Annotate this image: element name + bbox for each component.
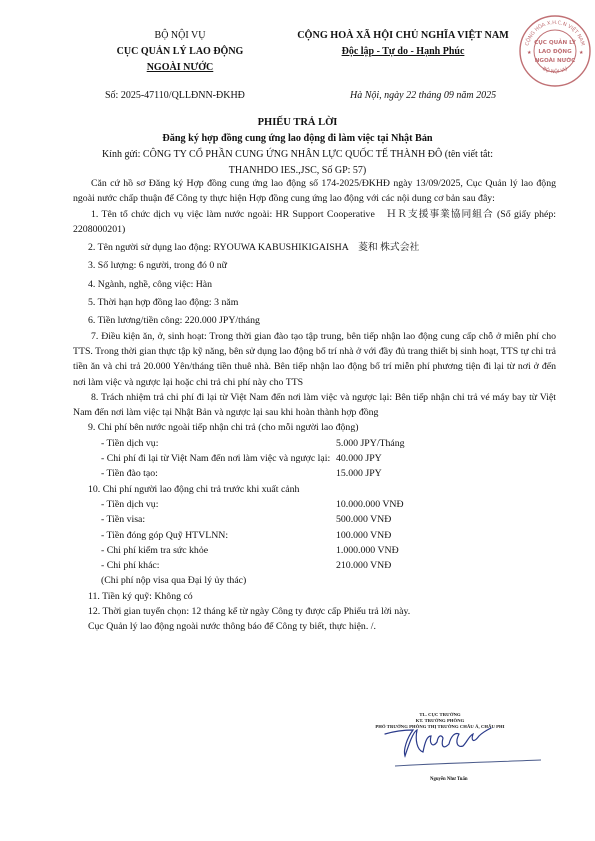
item-10-row: - Tiền dịch vụ: 10.000.000 VNĐ bbox=[73, 497, 556, 512]
signer-name: Nguyễn Như Tuấn bbox=[430, 777, 468, 782]
document-number: Số: 2025-47110/QLLĐNN-ĐKHĐ bbox=[105, 90, 245, 101]
fee-value: 1.000.000 VNĐ bbox=[336, 543, 556, 558]
fee-label: - Chi phí khác: bbox=[73, 558, 336, 573]
signature-underline bbox=[393, 758, 543, 768]
item-12: 12. Thời gian tuyển chọn: 12 tháng kể từ… bbox=[73, 604, 556, 619]
fee-label: - Tiền dịch vụ: bbox=[73, 497, 336, 512]
fee-value: 5.000 JPY/Tháng bbox=[336, 436, 556, 451]
item-3: 3. Số lượng: 6 người, trong đó 0 nữ bbox=[73, 258, 556, 273]
item-10-note: (Chi phí nộp visa qua Đại lý ủy thác) bbox=[73, 573, 556, 588]
handwritten-signature bbox=[383, 722, 513, 762]
place-and-date: Hà Nội, ngày 22 tháng 09 năm 2025 bbox=[350, 90, 496, 101]
document-body: Căn cứ hồ sơ Đăng ký Hợp đồng cung ứng l… bbox=[73, 176, 556, 635]
item-8: 8. Trách nhiệm trả chi phí đi lại từ Việ… bbox=[73, 390, 556, 421]
svg-text:★: ★ bbox=[527, 50, 532, 56]
fee-label: - Chi phí đi lại từ Việt Nam đến nơi làm… bbox=[73, 451, 336, 466]
fee-value: 15.000 JPY bbox=[336, 466, 556, 481]
item-10-heading: 10. Chi phí người lao động chi trả trước… bbox=[73, 482, 556, 497]
item-5: 5. Thời hạn hợp đồng lao động: 3 năm bbox=[73, 295, 556, 310]
item-4: 4. Ngành, nghề, công việc: Hàn bbox=[73, 277, 556, 292]
item-11: 11. Tiền ký quỹ: Không có bbox=[73, 589, 556, 604]
ministry-name: BỘ NỘI VỤ bbox=[85, 28, 275, 44]
item-9-row: - Tiền dịch vụ: 5.000 JPY/Tháng bbox=[73, 436, 556, 451]
fee-label: - Tiền đóng góp Quỹ HTVLNN: bbox=[73, 528, 336, 543]
item-10-row: - Chi phí khác: 210.000 VNĐ bbox=[73, 558, 556, 573]
seal-icon: CỘNG HÒA X.H.C.N VIỆT NAM BỘ NỘI VỤ ★ ★ … bbox=[518, 14, 592, 88]
item-2: 2. Tên người sử dụng lao động: RYOUWA KA… bbox=[73, 240, 556, 255]
document-title: PHIẾU TRẢ LỜI bbox=[40, 115, 555, 131]
svg-text:NGOÀI NƯỚC: NGOÀI NƯỚC bbox=[535, 57, 576, 64]
fee-value: 100.000 VNĐ bbox=[336, 528, 556, 543]
document-subtitle: Đăng ký hợp đồng cung ứng lao động đi là… bbox=[40, 131, 555, 147]
item-6: 6. Tiền lương/tiền công: 220.000 JPY/thá… bbox=[73, 313, 556, 328]
department-name-line1: CỤC QUẢN LÝ LAO ĐỘNG bbox=[85, 44, 275, 60]
department-name-line2: NGOÀI NƯỚC bbox=[85, 60, 275, 76]
item-9-row: - Chi phí đi lại từ Việt Nam đến nơi làm… bbox=[73, 451, 556, 466]
item-9-heading: 9. Chi phí bên nước ngoài tiếp nhận chi … bbox=[73, 420, 556, 435]
svg-text:BỘ NỘI VỤ: BỘ NỘI VỤ bbox=[541, 66, 569, 75]
item-1: 1. Tên tổ chức dịch vụ việc làm nước ngo… bbox=[73, 207, 556, 238]
item-9-row: - Tiền đào tạo: 15.000 JPY bbox=[73, 466, 556, 481]
recipient-line-1: Kính gửi: CÔNG TY CỔ PHẦN CUNG ỨNG NHÂN … bbox=[40, 147, 555, 163]
fee-value: 500.000 VNĐ bbox=[336, 512, 556, 527]
fee-value: 40.000 JPY bbox=[336, 451, 556, 466]
item-10-row: - Chi phí kiểm tra sức khỏe 1.000.000 VN… bbox=[73, 543, 556, 558]
fee-label: - Tiền visa: bbox=[73, 512, 336, 527]
fee-value: 210.000 VNĐ bbox=[336, 558, 556, 573]
item-7: 7. Điều kiện ăn, ở, sinh hoạt: Trong thờ… bbox=[73, 329, 556, 390]
official-seal-stamp: CỘNG HÒA X.H.C.N VIỆT NAM BỘ NỘI VỤ ★ ★ … bbox=[518, 14, 592, 88]
fee-label: - Tiền dịch vụ: bbox=[73, 436, 336, 451]
fee-label: - Chi phí kiểm tra sức khỏe bbox=[73, 543, 336, 558]
item-10-row: - Tiền visa: 500.000 VNĐ bbox=[73, 512, 556, 527]
svg-text:★: ★ bbox=[579, 50, 584, 56]
signature-icon bbox=[383, 722, 513, 762]
document-title-block: PHIẾU TRẢ LỜI Đăng ký hợp đồng cung ứng … bbox=[40, 115, 555, 179]
svg-text:LAO ĐỘNG: LAO ĐỘNG bbox=[538, 48, 572, 55]
national-header: CỘNG HOÀ XÃ HỘI CHỦ NGHĨA VIỆT NAM Độc l… bbox=[288, 28, 518, 60]
svg-text:CỤC QUẢN LÝ: CỤC QUẢN LÝ bbox=[534, 38, 577, 46]
fee-label: - Tiền đào tạo: bbox=[73, 466, 336, 481]
fee-value: 10.000.000 VNĐ bbox=[336, 497, 556, 512]
closing-statement: Cục Quản lý lao động ngoài nước thông bá… bbox=[73, 619, 556, 634]
item-10-row: - Tiền đóng góp Quỹ HTVLNN: 100.000 VNĐ bbox=[73, 528, 556, 543]
recipient: Kính gửi: CÔNG TY CỔ PHẦN CUNG ỨNG NHÂN … bbox=[40, 147, 555, 179]
national-motto: Độc lập - Tự do - Hạnh Phúc bbox=[288, 44, 518, 60]
nation-name: CỘNG HOÀ XÃ HỘI CHỦ NGHĨA VIỆT NAM bbox=[288, 28, 518, 44]
issuing-authority-header: BỘ NỘI VỤ CỤC QUẢN LÝ LAO ĐỘNG NGOÀI NƯỚ… bbox=[85, 28, 275, 76]
intro-paragraph: Căn cứ hồ sơ Đăng ký Hợp đồng cung ứng l… bbox=[73, 176, 556, 207]
